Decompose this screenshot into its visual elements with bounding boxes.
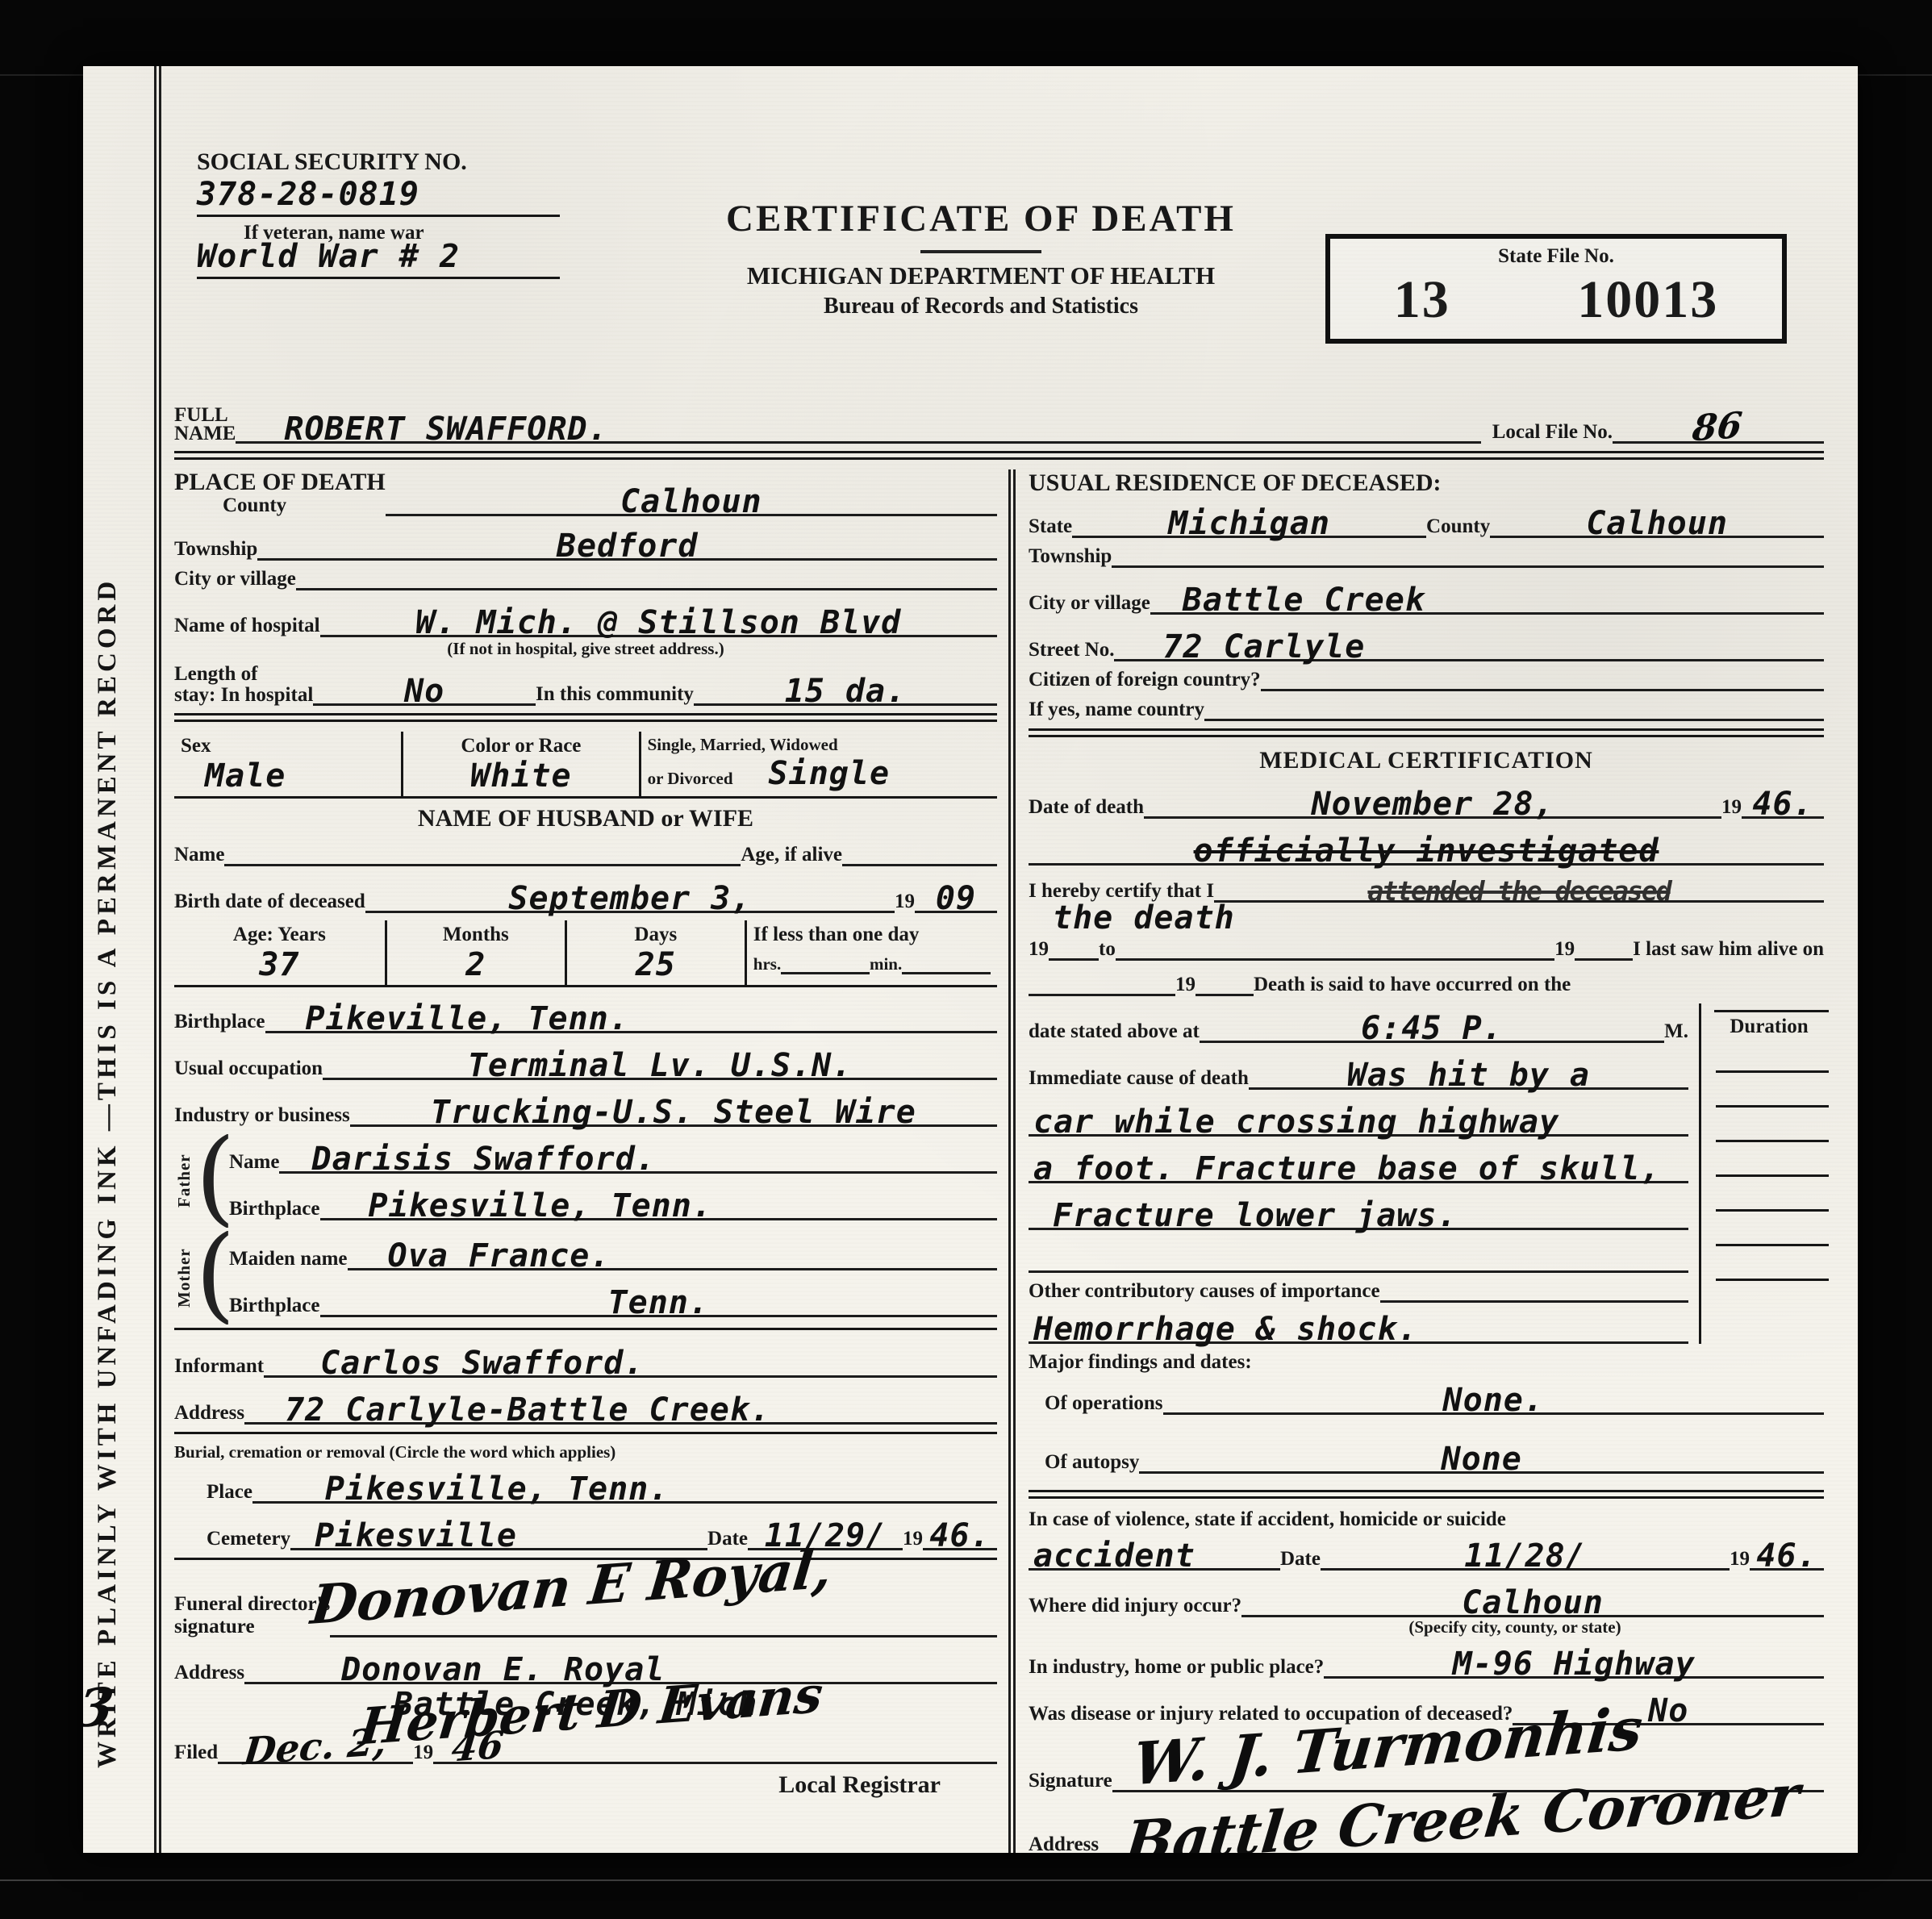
- sex-race-marital-row: Sex Male Color or Race White Single, Mar…: [174, 732, 997, 799]
- coroner-signature-label: Signature: [1029, 1770, 1112, 1792]
- hospital-value: W. Mich. @ Stillson Blvd: [415, 604, 901, 641]
- spouse-name-row: Name Age, if alive: [174, 844, 997, 866]
- filed-year-value: 46: [450, 1723, 507, 1771]
- age-row: Age: Years 37 Months 2 Days 25 If les: [174, 920, 997, 987]
- county-value: Calhoun: [620, 483, 762, 520]
- violence-value: accident: [1033, 1537, 1196, 1575]
- last-saw-label: I last saw him alive on: [1633, 938, 1824, 961]
- contributory-value-row: Hemorrhage & shock.: [1029, 1304, 1688, 1344]
- scan-scratch: [0, 1879, 1932, 1881]
- cause-line4: Fracture lower jaws.: [1053, 1197, 1458, 1234]
- date-of-death-row: Date of death November 28, 19 46.: [1029, 779, 1824, 819]
- ssn-block: SOCIAL SECURITY NO. 378-28-0819 If veter…: [197, 148, 560, 279]
- father-name-row: Name Darisis Swafford.: [229, 1134, 997, 1174]
- cause-row-1: Immediate cause of death Was hit by a: [1029, 1050, 1688, 1090]
- ssn-value: 378-28-0819: [197, 176, 419, 213]
- left-column: PLACE OF DEATH County Calhoun Township B…: [174, 469, 1008, 1853]
- stay-label-line1: Length of: [174, 663, 257, 685]
- mother-birthplace-row: Birthplace Tenn.: [229, 1278, 997, 1317]
- local-file-value: 86: [1691, 405, 1744, 450]
- burial-type-line: Burial, cremation or removal (Circle the…: [174, 1442, 997, 1462]
- residence-county-value: Calhoun: [1586, 505, 1728, 542]
- residence-city-label: City or village: [1029, 592, 1150, 615]
- township-label: Township: [174, 538, 257, 561]
- birth-date-label: Birth date of deceased: [174, 891, 365, 913]
- sex-label: Sex: [181, 735, 211, 757]
- duration-line: [1716, 1070, 1829, 1073]
- form-header: SOCIAL SECURITY NO. 378-28-0819 If veter…: [174, 144, 1824, 400]
- occupation-label: Usual occupation: [174, 1058, 323, 1080]
- age-days-cell: Days 25: [567, 920, 747, 985]
- race-cell: Color or Race White: [403, 732, 641, 796]
- mother-maiden-value: Ova France.: [388, 1237, 611, 1274]
- sex-value: Male: [205, 757, 286, 795]
- spouse-name-label: Name: [174, 844, 224, 866]
- filed-date-value: Dec. 2,: [241, 1720, 389, 1774]
- rule: [174, 1328, 997, 1330]
- age-years-label: Age: Years: [233, 924, 326, 945]
- time-label: date stated above at: [1029, 1020, 1200, 1043]
- place-of-death-county-row: PLACE OF DEATH County Calhoun: [174, 469, 997, 516]
- duration-line: [1716, 1105, 1829, 1108]
- rule: [1029, 728, 1824, 737]
- mother-birthplace-label: Birthplace: [229, 1295, 320, 1317]
- rule: [197, 215, 560, 217]
- burial-place-value: Pikesville, Tenn.: [325, 1471, 669, 1508]
- residence-state-label: State: [1029, 515, 1072, 538]
- director-address-row: Address Donovan E. Royal: [174, 1645, 997, 1684]
- medical-section-label: MEDICAL CERTIFICATION: [1259, 747, 1593, 774]
- father-label: Father: [174, 1134, 195, 1228]
- burial-year-value: 46.: [929, 1517, 990, 1554]
- residence-state-value: Michigan: [1168, 505, 1330, 542]
- operations-value: None.: [1443, 1382, 1544, 1419]
- spouse-header: NAME OF HUSBAND or WIFE: [418, 805, 753, 832]
- duration-column: Duration: [1699, 1003, 1837, 1344]
- industry-label: Industry or business: [174, 1104, 350, 1127]
- coroner-address-label: Address: [1029, 1833, 1099, 1853]
- yr19-c: 19: [1175, 974, 1196, 996]
- name-country-label: If yes, name country: [1029, 699, 1204, 721]
- informant-address-label: Address: [174, 1402, 244, 1425]
- filed-label: Filed: [174, 1742, 218, 1764]
- sex-cell: Sex Male: [174, 732, 403, 796]
- yr19-b: 19: [1554, 938, 1575, 961]
- year-prefix: 19: [895, 891, 915, 913]
- hospital-label: Name of hospital: [174, 615, 320, 637]
- struck-investigated: officially investigated: [1194, 832, 1659, 870]
- bureau-name: Bureau of Records and Statistics: [570, 294, 1392, 319]
- cause-row-2: car while crossing highway: [1029, 1097, 1688, 1137]
- rule: [1714, 1003, 1829, 1012]
- birthplace-row: Birthplace Pikeville, Tenn.: [174, 994, 997, 1033]
- certificate-paper: WRITE PLAINLY WITH UNFADING INK —THIS IS…: [83, 66, 1858, 1853]
- violence-date-value: 11/28/: [1464, 1537, 1586, 1575]
- yr19-a: 19: [1029, 938, 1049, 961]
- full-name-value: ROBERT SWAFFORD.: [284, 411, 607, 448]
- right-column: USUAL RESIDENCE OF DECEASED: State Michi…: [1008, 469, 1824, 1853]
- hospital-row: Name of hospital W. Mich. @ Stillson Blv…: [174, 598, 997, 637]
- certify-struck-text: attended the deceased: [1367, 875, 1670, 907]
- duration-line: [1716, 1140, 1829, 1142]
- burial-year-prefix: 19: [903, 1528, 923, 1550]
- time-of-death-row: date stated above at 6:45 P. M.: [1029, 1003, 1688, 1043]
- operations-label: Of operations: [1045, 1392, 1163, 1415]
- race-value: White: [470, 757, 571, 795]
- duration-label: Duration: [1701, 1016, 1837, 1038]
- cemetery-value: Pikesville: [315, 1517, 517, 1554]
- age-months-cell: Months 2: [387, 920, 567, 985]
- birth-date-row: Birth date of deceased September 3, 19 0…: [174, 874, 997, 913]
- cause-line3: a foot. Fracture base of skull,: [1033, 1150, 1661, 1187]
- cause-line1: Was hit by a: [1347, 1057, 1590, 1094]
- injury-location-value: M-96 Highway: [1453, 1646, 1696, 1683]
- rule: [1029, 1490, 1824, 1499]
- age-months-value: 2: [465, 946, 486, 983]
- birthplace-value: Pikeville, Tenn.: [306, 1000, 629, 1037]
- informant-row: Informant Carlos Swafford.: [174, 1338, 997, 1378]
- informant-address-row: Address 72 Carlyle-Battle Creek.: [174, 1385, 997, 1425]
- father-group: Father ( Name Darisis Swafford. Birthpla…: [174, 1134, 997, 1228]
- father-birthplace-label: Birthplace: [229, 1198, 320, 1220]
- residence-section-label: USUAL RESIDENCE OF DECEASED:: [1029, 469, 1442, 496]
- burial-place-row: Place Pikesville, Tenn.: [174, 1464, 997, 1504]
- informant-address-value: 72 Carlyle-Battle Creek.: [285, 1391, 770, 1429]
- age-months-label: Months: [443, 924, 509, 945]
- violence-row: accident Date 11/28/ 19 46.: [1029, 1531, 1824, 1571]
- informant-value: Carlos Swafford.: [320, 1345, 644, 1382]
- dod-year-value: 46.: [1752, 786, 1813, 823]
- mother-maiden-label: Maiden name: [229, 1248, 348, 1270]
- veteran-value: World War # 2: [197, 238, 460, 275]
- rule: [174, 451, 1824, 460]
- county-label: County: [223, 494, 286, 516]
- time-value: 6:45 P.: [1361, 1010, 1503, 1047]
- findings-label: Major findings and dates:: [1029, 1351, 1252, 1373]
- community-value: 15 da.: [785, 673, 907, 710]
- violence-label: In case of violence, state if accident, …: [1029, 1508, 1506, 1530]
- certify-row: I hereby certify that I attended the dec…: [1029, 869, 1824, 903]
- cemetery-label: Cemetery: [207, 1528, 290, 1550]
- city-row: City or village: [174, 568, 997, 590]
- cause-row-3: a foot. Fracture base of skull,: [1029, 1144, 1688, 1183]
- funeral-director-row: Funeral director's signature Donovan E R…: [174, 1568, 997, 1637]
- ssn-label: SOCIAL SECURITY NO.: [197, 148, 467, 175]
- occupation-value: Terminal Lv. U.S.N.: [468, 1047, 853, 1084]
- residence-header: USUAL RESIDENCE OF DECEASED:: [1029, 469, 1824, 497]
- burial-line-label: Burial, cremation or removal (Circle the…: [174, 1442, 615, 1462]
- residence-street-label: Street No.: [1029, 639, 1114, 661]
- local-file-label: Local File No.: [1492, 421, 1613, 444]
- to-label: to: [1099, 938, 1116, 961]
- marital-cell: Single, Married, Widowed or Divorced Sin…: [641, 732, 997, 796]
- citizen-row: Citizen of foreign country?: [1029, 669, 1824, 691]
- rule: [174, 1432, 997, 1434]
- duration-line: [1716, 1174, 1829, 1177]
- mother-birthplace-value: Tenn.: [608, 1284, 709, 1321]
- father-brace: (: [195, 1134, 229, 1228]
- city-label: City or village: [174, 568, 296, 590]
- occupation-answer: No: [1648, 1692, 1688, 1729]
- burial-place-label: Place: [207, 1481, 252, 1504]
- duration-line: [1716, 1209, 1829, 1212]
- full-name-label-bottom: NAME: [174, 423, 236, 444]
- citizen-label: Citizen of foreign country?: [1029, 669, 1261, 691]
- full-name-row: FULL NAME ROBERT SWAFFORD. Local File No…: [174, 400, 1824, 444]
- community-label: In this community: [536, 683, 694, 706]
- operations-row: Of operations None.: [1029, 1375, 1824, 1415]
- less-than-day-cell: If less than one day hrs. min.: [747, 920, 997, 985]
- industry-value: Trucking-U.S. Steel Wire: [431, 1094, 916, 1131]
- marital-label-line1: Single, Married, Widowed: [648, 735, 838, 754]
- the-death-overlay: the death: [1053, 899, 1235, 937]
- director-address-label: Address: [174, 1662, 244, 1684]
- father-birthplace-value: Pikesville, Tenn.: [369, 1187, 712, 1224]
- residence-county-label: County: [1426, 515, 1490, 538]
- rule: [197, 277, 560, 279]
- contributory-label-row: Other contributory causes of importance: [1029, 1280, 1688, 1303]
- min-label: min.: [870, 954, 902, 974]
- birth-year-value: 09: [936, 880, 976, 917]
- violence-year-value: 46.: [1756, 1537, 1817, 1575]
- injury-place-value: Calhoun: [1462, 1584, 1604, 1621]
- local-registrar-title: Local Registrar: [778, 1771, 941, 1798]
- occurred-label: Death is said to have occurred on the: [1254, 974, 1571, 996]
- m-label: M.: [1664, 1020, 1688, 1043]
- medical-middle-block: Duration date stated above at 6:45 P.: [1029, 1003, 1824, 1344]
- last-saw-row: 19 to 19 I last saw him alive on: [1029, 938, 1824, 961]
- director-label-line2: signature: [174, 1616, 255, 1637]
- residence-city-row: City or village Battle Creek: [1029, 575, 1824, 615]
- occupation-row: Usual occupation Terminal Lv. U.S.N.: [174, 1041, 997, 1080]
- length-of-stay-row: Length of stay: In hospital No In this c…: [174, 664, 997, 707]
- state-file-box: State File No. 13 10013: [1325, 234, 1787, 344]
- cemetery-row: Cemetery Pikesville Date 11/29/ 19 46.: [174, 1511, 997, 1550]
- father-name-value: Darisis Swafford.: [311, 1141, 655, 1178]
- marital-label-line2: or Divorced: [648, 769, 733, 788]
- cause-line2: car while crossing highway: [1033, 1103, 1559, 1141]
- residence-township-label: Township: [1029, 545, 1112, 568]
- father-name-label: Name: [229, 1151, 279, 1174]
- violence-year-prefix: 19: [1730, 1548, 1750, 1571]
- father-birthplace-row: Birthplace Pikesville, Tenn.: [229, 1181, 997, 1220]
- residence-state-row: State Michigan County Calhoun: [1029, 499, 1824, 538]
- name-country-row: If yes, name country: [1029, 699, 1824, 721]
- mother-brace: (: [195, 1231, 229, 1325]
- certificate-title: CERTIFICATE OF DEATH: [570, 197, 1392, 240]
- rule: [174, 713, 997, 722]
- autopsy-label: Of autopsy: [1045, 1451, 1139, 1474]
- autopsy-value: None: [1442, 1441, 1522, 1478]
- state-file-number: 10013: [1577, 269, 1718, 331]
- certificate-form: SOCIAL SECURITY NO. 378-28-0819 If veter…: [154, 66, 1838, 1853]
- title-block: CERTIFICATE OF DEATH MICHIGAN DEPARTMENT…: [570, 197, 1392, 319]
- date-of-death-label: Date of death: [1029, 796, 1144, 819]
- place-of-death-label: PLACE OF DEATH: [174, 469, 386, 495]
- cause-row-4: Fracture lower jaws.: [1029, 1191, 1688, 1230]
- birth-date-value: September 3,: [508, 880, 751, 917]
- industry-row: Industry or business Trucking-U.S. Steel…: [174, 1087, 997, 1127]
- age-days-label: Days: [634, 924, 677, 945]
- struck-line-row: officially investigated: [1029, 826, 1824, 866]
- state-file-district: 13: [1394, 269, 1450, 331]
- title-divider: [920, 250, 1041, 253]
- mother-group: Mother ( Maiden name Ova France. Birthpl…: [174, 1231, 997, 1325]
- spouse-age-label: Age, if alive: [741, 844, 842, 866]
- contributory-value: Hemorrhage & shock.: [1033, 1311, 1418, 1348]
- cause-blank-row: [1029, 1237, 1688, 1273]
- scanned-document: WRITE PLAINLY WITH UNFADING INK —THIS IS…: [0, 0, 1932, 1919]
- informant-label: Informant: [174, 1355, 264, 1378]
- injury-occur-row: Where did injury occur? Calhoun: [1029, 1578, 1824, 1617]
- residence-township-row: Township: [1029, 545, 1824, 568]
- state-file-label: State File No.: [1498, 245, 1614, 267]
- occurred-row: 19 Death is said to have occurred on the: [1029, 974, 1824, 996]
- stay-label-line2: stay: In hospital: [174, 684, 313, 706]
- township-row: Township Bedford: [174, 521, 997, 561]
- mother-label: Mother: [174, 1231, 195, 1325]
- injury-label: Where did injury occur?: [1029, 1595, 1241, 1617]
- injury-location-label: In industry, home or public place?: [1029, 1656, 1324, 1679]
- hrs-label: hrs.: [753, 954, 781, 974]
- dod-year-prefix: 19: [1721, 796, 1742, 819]
- department-name: MICHIGAN DEPARTMENT OF HEALTH: [570, 261, 1392, 290]
- age-years-value: 37: [259, 946, 299, 983]
- race-label: Color or Race: [461, 735, 581, 757]
- coroner-address-row: Address Battle Creek Coroner: [1029, 1800, 1824, 1853]
- age-days-value: 25: [636, 946, 676, 983]
- duration-line: [1716, 1279, 1829, 1281]
- birthplace-label: Birthplace: [174, 1011, 265, 1033]
- township-value: Bedford: [557, 528, 699, 565]
- margin-instruction: WRITE PLAINLY WITH UNFADING INK —THIS IS…: [93, 332, 123, 1768]
- injury-location-row: In industry, home or public place? M-96 …: [1029, 1639, 1824, 1679]
- age-years-cell: Age: Years 37: [174, 920, 387, 985]
- hospital-note: (If not in hospital, give street address…: [447, 639, 724, 658]
- mother-maiden-row: Maiden name Ova France.: [229, 1231, 997, 1270]
- date-of-death-value: November 28,: [1312, 786, 1554, 823]
- duration-line: [1716, 1244, 1829, 1246]
- residence-city-value: Battle Creek: [1183, 582, 1425, 619]
- residence-street-value: 72 Carlyle: [1162, 628, 1365, 665]
- contributory-label: Other contributory causes of importance: [1029, 1280, 1380, 1303]
- stay-value: No: [404, 673, 444, 710]
- violence-date-label: Date: [1280, 1548, 1321, 1571]
- less-than-day-label: If less than one day: [753, 924, 920, 945]
- director-city-line: Battle Creek, Mich. Herbert D Evans: [174, 1686, 997, 1718]
- residence-street-row: Street No. 72 Carlyle: [1029, 622, 1824, 661]
- autopsy-row: Of autopsy None: [1029, 1434, 1824, 1474]
- director-label-line1: Funeral director's: [174, 1593, 330, 1615]
- marital-value: Single: [769, 755, 891, 792]
- cause-label: Immediate cause of death: [1029, 1067, 1249, 1090]
